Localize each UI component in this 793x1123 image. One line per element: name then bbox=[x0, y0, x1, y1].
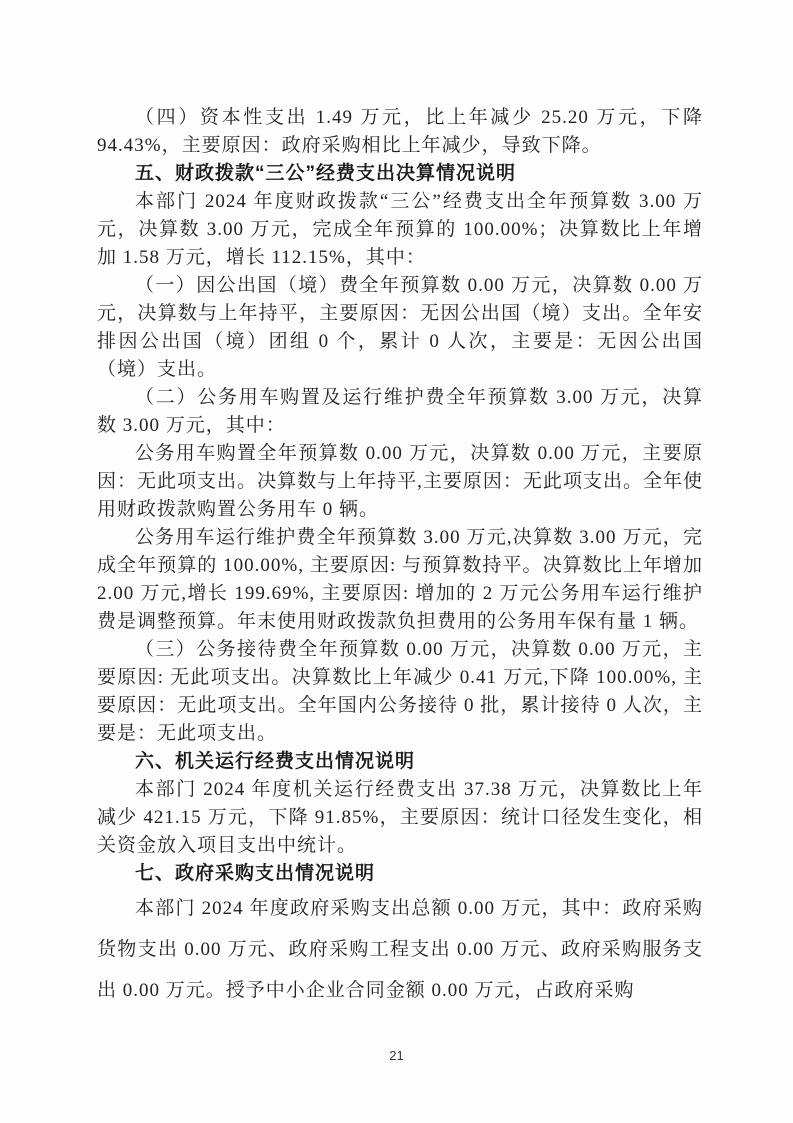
para-vehicle-operation-expense: 公务用车运行维护费全年预算数 3.00 万元,决算数 3.00 万元，完成全年预… bbox=[97, 524, 703, 636]
page-number: 21 bbox=[0, 1048, 793, 1063]
para-official-vehicles-expense: （二）公务用车购置及运行维护费全年预算数 3.00 万元，决算数 3.00 万元… bbox=[97, 384, 703, 440]
heading-section-7-government-procurement: 七、政府采购支出情况说明 bbox=[97, 860, 703, 888]
heading-section-5-three-public-funds: 五、财政拨款“三公”经费支出决算情况说明 bbox=[97, 160, 703, 188]
para-capital-expenditure: （四）资本性支出 1.49 万元，比上年减少 25.20 万元，下降 94.43… bbox=[97, 104, 703, 160]
para-three-public-funds-overview: 本部门 2024 年度财政拨款“三公”经费支出全年预算数 3.00 万元，决算数… bbox=[97, 188, 703, 272]
para-vehicle-purchase-expense: 公务用车购置全年预算数 0.00 万元，决算数 0.00 万元，主要原因：无此项… bbox=[97, 440, 703, 524]
heading-section-6-agency-operating-expenses: 六、机关运行经费支出情况说明 bbox=[97, 748, 703, 776]
para-official-reception-expense: （三）公务接待费全年预算数 0.00 万元，决算数 0.00 万元，主要原因: … bbox=[97, 636, 703, 748]
document-page: （四）资本性支出 1.49 万元，比上年减少 25.20 万元，下降 94.43… bbox=[0, 0, 793, 1123]
para-overseas-trips-expense: （一）因公出国（境）费全年预算数 0.00 万元，决算数 0.00 万元，决算数… bbox=[97, 272, 703, 384]
document-body: （四）资本性支出 1.49 万元，比上年减少 25.20 万元，下降 94.43… bbox=[97, 104, 703, 1011]
para-agency-operating-expenses: 本部门 2024 年度机关运行经费支出 37.38 万元，决算数比上年减少 42… bbox=[97, 776, 703, 860]
para-government-procurement: 本部门 2024 年度政府采购支出总额 0.00 万元，其中：政府采购货物支出 … bbox=[97, 888, 703, 1011]
